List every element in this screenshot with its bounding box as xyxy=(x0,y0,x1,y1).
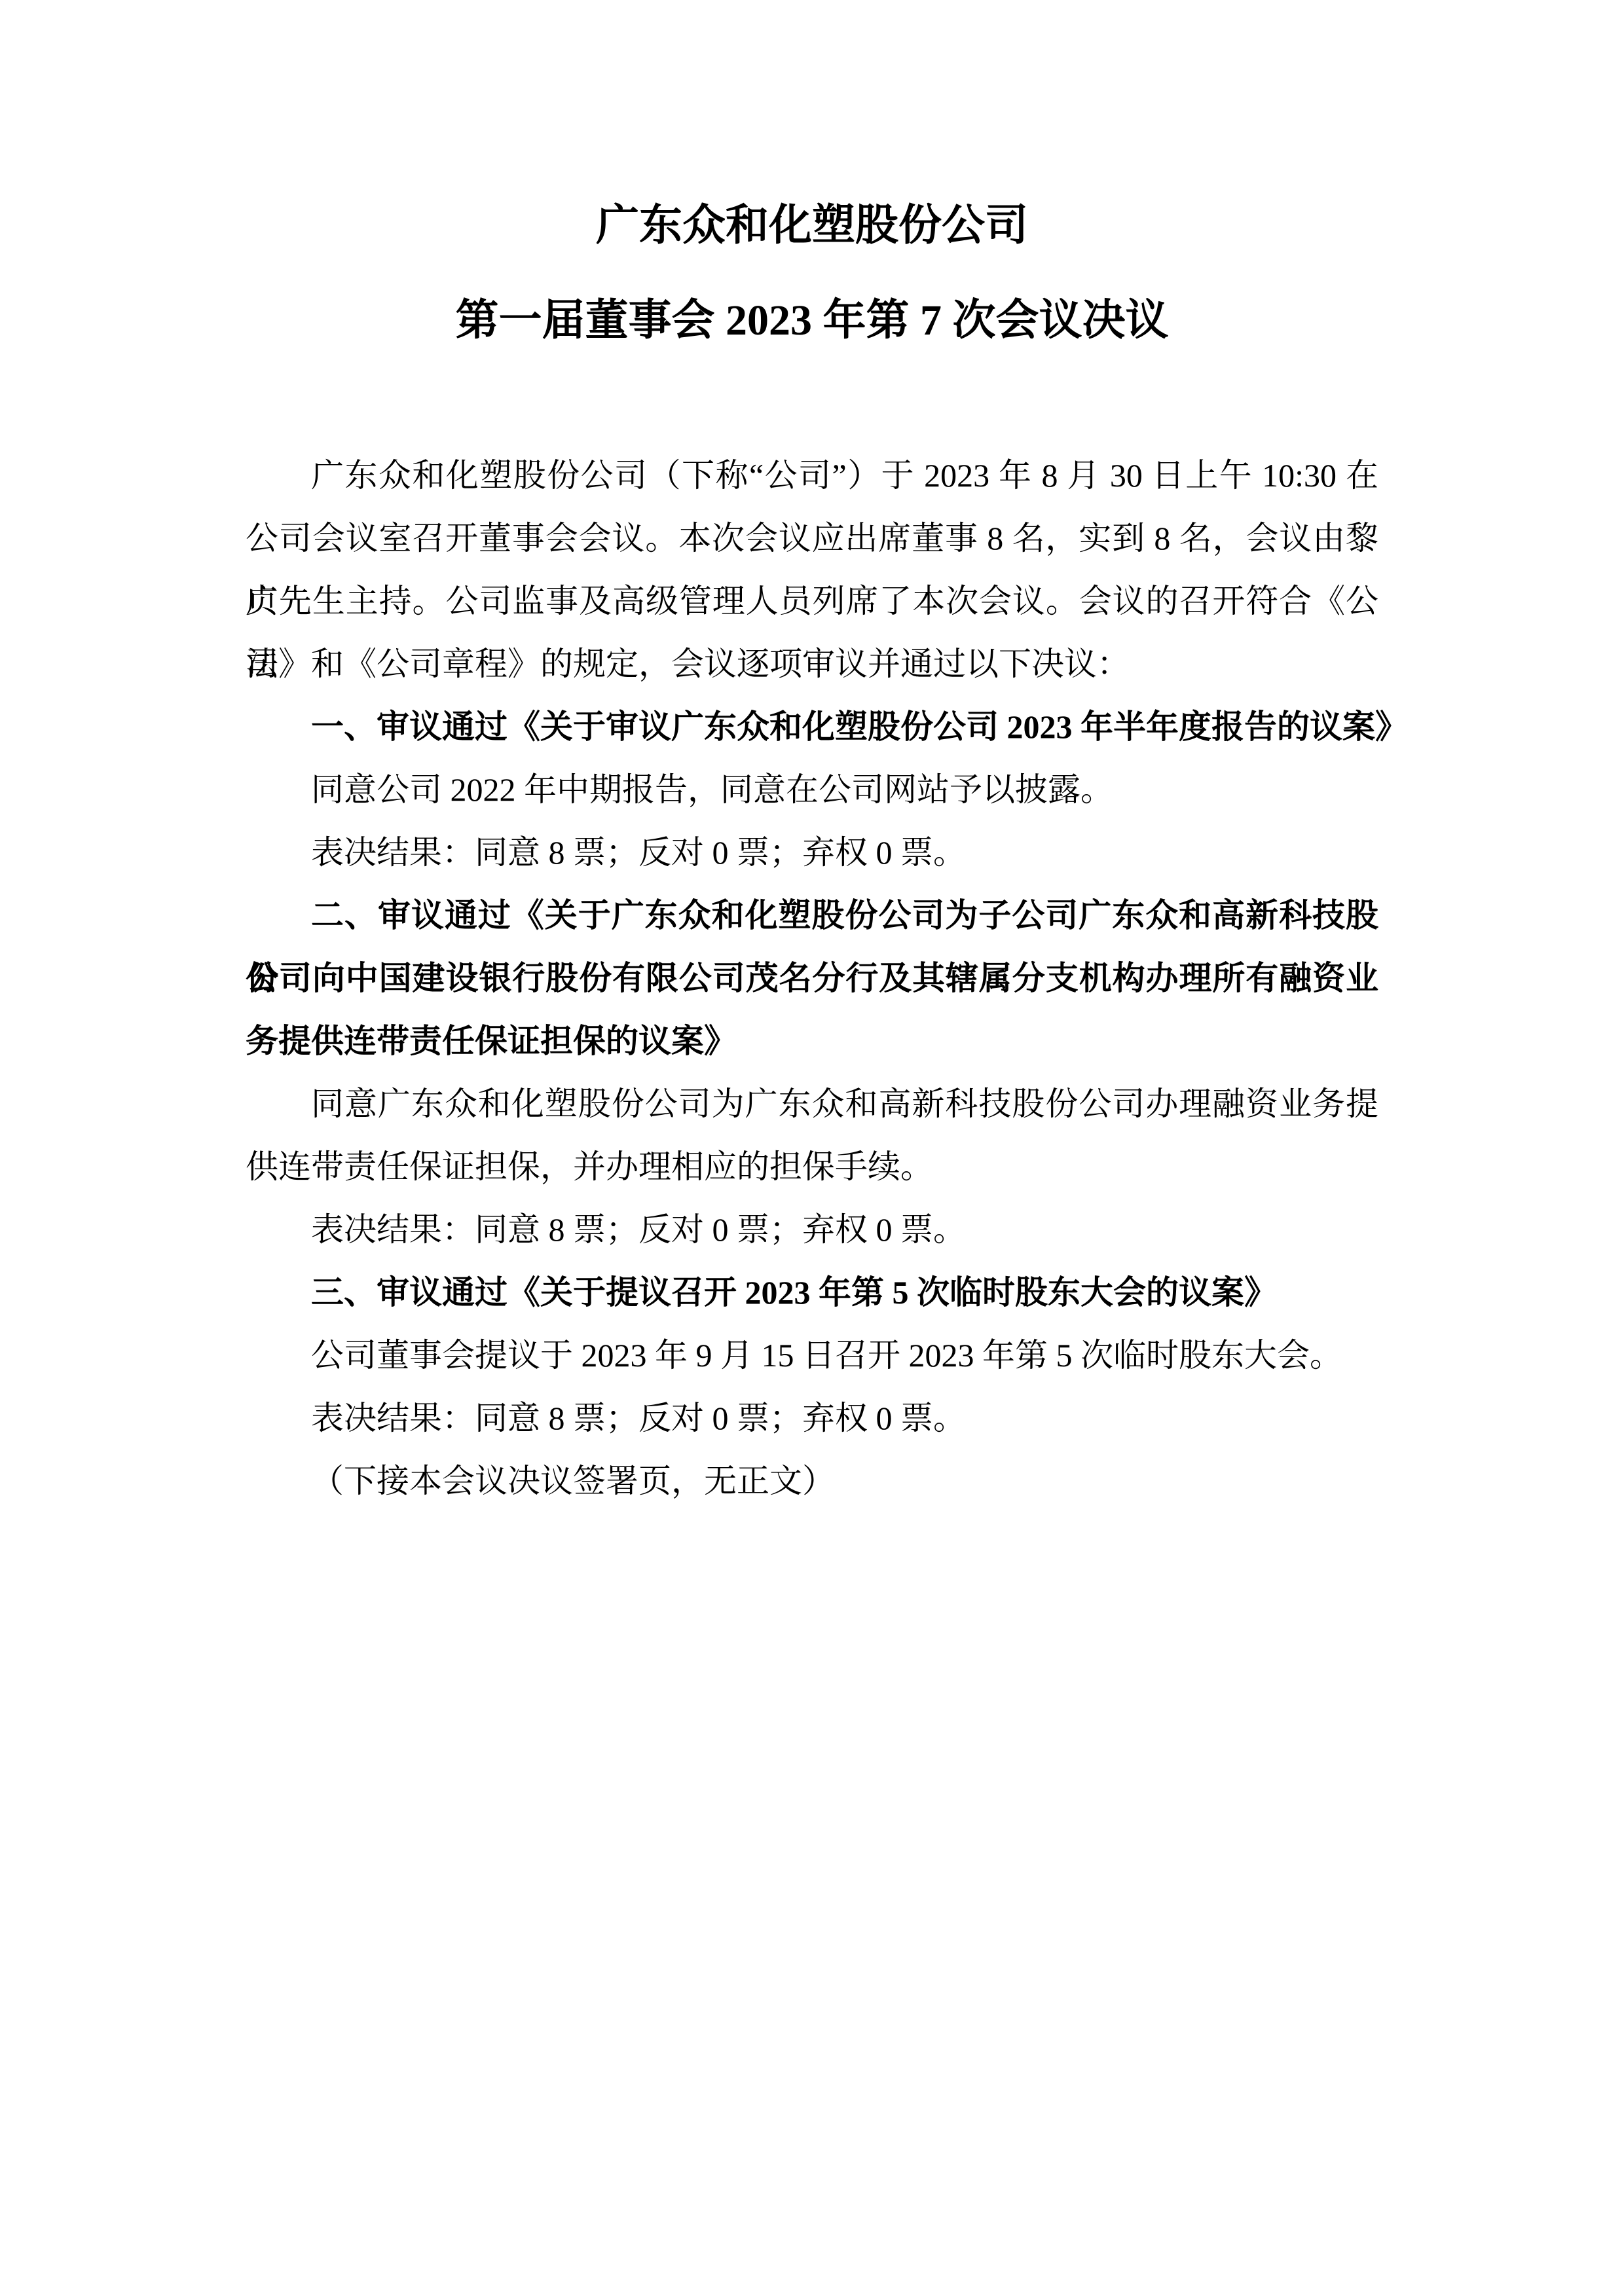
text-line: 表决结果：同意 8 票；反对 0 票；弃权 0 票。 xyxy=(246,821,1378,884)
document-subtitle: 第一届董事会 2023 年第 7 次会议决议 xyxy=(246,299,1378,342)
text-line: 表决结果：同意 8 票；反对 0 票；弃权 0 票。 xyxy=(246,1198,1378,1261)
text-line: 公司会议室召开董事会会议。本次会议应出席董事 8 名，实到 8 名，会议由黎广 xyxy=(246,507,1378,570)
text-line: 贞先生主持。公司监事及高级管理人员列席了本次会议。会议的召开符合《公司 xyxy=(246,570,1378,632)
text-line: 务提供连带责任保证担保的议案》 xyxy=(246,1010,1378,1072)
text-line: 供连带责任保证担保，并办理相应的担保手续。 xyxy=(246,1135,1378,1198)
text-line: 一、审议通过《关于审议广东众和化塑股份公司 2023 年半年度报告的议案》 xyxy=(246,695,1378,758)
text-line: 法》和《公司章程》的规定，会议逐项审议并通过以下决议： xyxy=(246,632,1378,695)
text-line: 三、审议通过《关于提议召开 2023 年第 5 次临时股东大会的议案》 xyxy=(246,1261,1378,1324)
document-page: 广东众和化塑股份公司 第一届董事会 2023 年第 7 次会议决议 广东众和化塑… xyxy=(0,0,1624,2296)
text-line: 公司向中国建设银行股份有限公司茂名分行及其辖属分支机构办理所有融资业 xyxy=(246,947,1378,1010)
text-line: 表决结果：同意 8 票；反对 0 票；弃权 0 票。 xyxy=(246,1387,1378,1449)
document-title: 广东众和化塑股份公司 xyxy=(246,204,1378,247)
text-line: 同意公司 2022 年中期报告，同意在公司网站予以披露。 xyxy=(246,758,1378,821)
text-line: 公司董事会提议于 2023 年 9 月 15 日召开 2023 年第 5 次临时… xyxy=(246,1324,1378,1387)
text-line: 二、审议通过《关于广东众和化塑股份公司为子公司广东众和高新科技股份 xyxy=(246,884,1378,947)
document-body: 广东众和化塑股份公司（下称“公司”）于 2023 年 8 月 30 日上午 10… xyxy=(246,444,1378,1512)
text-line: 广东众和化塑股份公司（下称“公司”）于 2023 年 8 月 30 日上午 10… xyxy=(246,444,1378,507)
text-line: （下接本会议决议签署页，无正文） xyxy=(246,1449,1378,1512)
text-line: 同意广东众和化塑股份公司为广东众和高新科技股份公司办理融资业务提 xyxy=(246,1072,1378,1135)
